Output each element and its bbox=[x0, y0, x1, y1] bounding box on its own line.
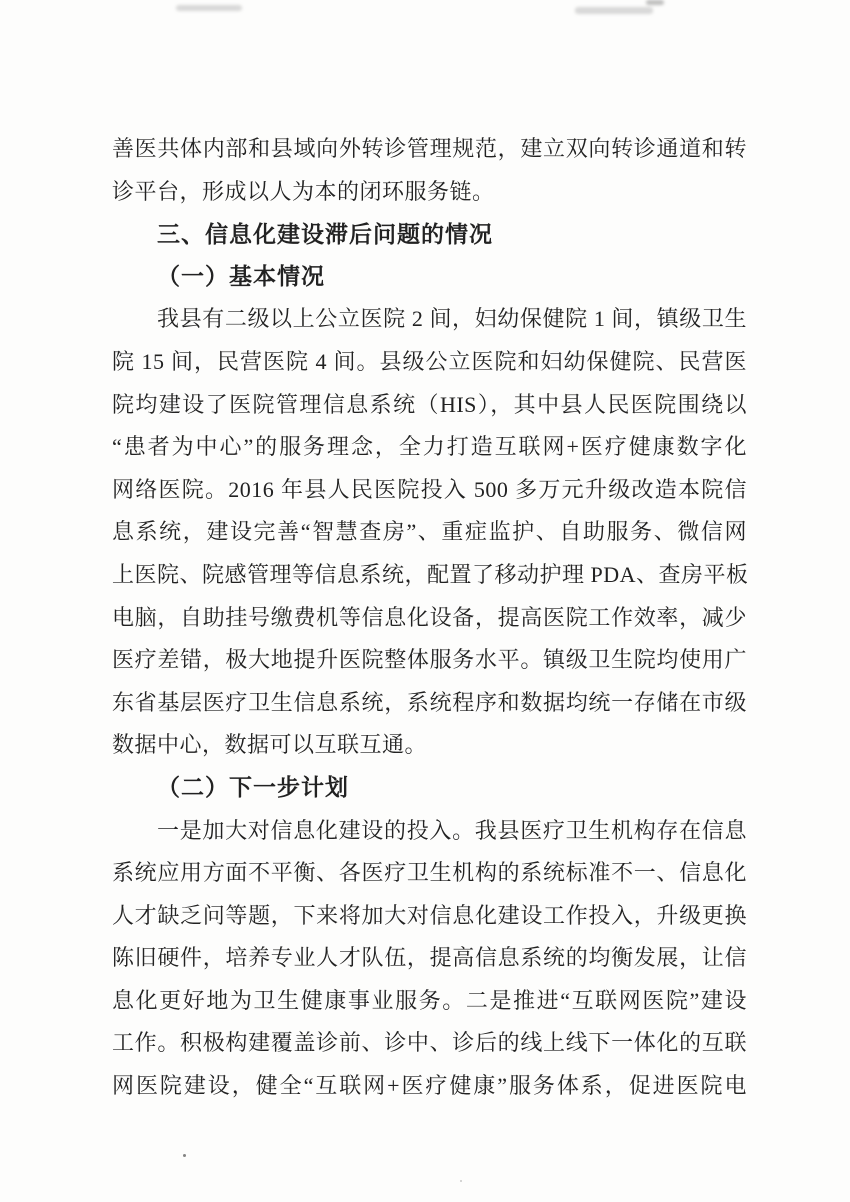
text-line: “患者为中心”的服务理念，全力打造互联网+医疗健康数字化 bbox=[112, 426, 747, 469]
text-line: 医疗差错，极大地提升医院整体服务水平。镇级卫生院均使用广 bbox=[112, 639, 747, 682]
scan-speck bbox=[183, 1154, 186, 1157]
text-line: 院均建设了医院管理信息系统（HIS），其中县人民医院围绕以 bbox=[112, 384, 747, 427]
text-line: 电脑，自助挂号缴费机等信息化设备，提高医院工作效率，减少 bbox=[112, 597, 747, 640]
text-line: 网络医院。2016 年县人民医院投入 500 多万元升级改造本院信 bbox=[112, 469, 747, 512]
text-line: 息化更好地为卫生健康事业服务。二是推进“互联网医院”建设 bbox=[112, 980, 747, 1023]
subsection-heading: （二）下一步计划 bbox=[112, 767, 747, 810]
text-line: 我县有二级以上公立医院 2 间，妇幼保健院 1 间，镇级卫生 bbox=[112, 298, 747, 341]
text-line: 善医共体内部和县域向外转诊管理规范，建立双向转诊通道和转 bbox=[112, 128, 747, 171]
text-line: 上医院、院感管理等信息系统，配置了移动护理 PDA、查房平板 bbox=[112, 554, 747, 597]
scan-smudge bbox=[575, 7, 653, 14]
text-line: 诊平台，形成以人为本的闭环服务链。 bbox=[112, 171, 747, 214]
text-line: 陈旧硬件，培养专业人才队伍，提高信息系统的均衡发展，让信 bbox=[112, 937, 747, 980]
text-line: 院 15 间，民营医院 4 间。县级公立医院和妇幼保健院、民营医 bbox=[112, 341, 747, 384]
text-line: 工作。积极构建覆盖诊前、诊中、诊后的线上线下一体化的互联 bbox=[112, 1022, 747, 1065]
scan-smudge bbox=[176, 5, 242, 11]
text-line: 一是加大对信息化建设的投入。我县医疗卫生机构存在信息 bbox=[112, 810, 747, 853]
text-line: 系统应用方面不平衡、各医疗卫生机构的系统标准不一、信息化 bbox=[112, 852, 747, 895]
text-line: 网医院建设，健全“互联网+医疗健康”服务体系，促进医院电 bbox=[112, 1065, 747, 1108]
scan-smudge bbox=[646, 0, 664, 5]
section-heading: 三、信息化建设滞后问题的情况 bbox=[112, 213, 747, 256]
subsection-heading: （一）基本情况 bbox=[112, 256, 747, 299]
scan-speck bbox=[460, 1180, 462, 1182]
document-body: 善医共体内部和县域向外转诊管理规范，建立双向转诊通道和转 诊平台，形成以人为本的… bbox=[112, 128, 747, 1108]
document-page: 善医共体内部和县域向外转诊管理规范，建立双向转诊通道和转 诊平台，形成以人为本的… bbox=[0, 0, 850, 1202]
text-line: 数据中心，数据可以互联互通。 bbox=[112, 724, 747, 767]
text-line: 人才缺乏问等题，下来将加大对信息化建设工作投入，升级更换 bbox=[112, 895, 747, 938]
text-line: 息系统，建设完善“智慧查房”、重症监护、自助服务、微信网 bbox=[112, 511, 747, 554]
text-line: 东省基层医疗卫生信息系统，系统程序和数据均统一存储在市级 bbox=[112, 682, 747, 725]
